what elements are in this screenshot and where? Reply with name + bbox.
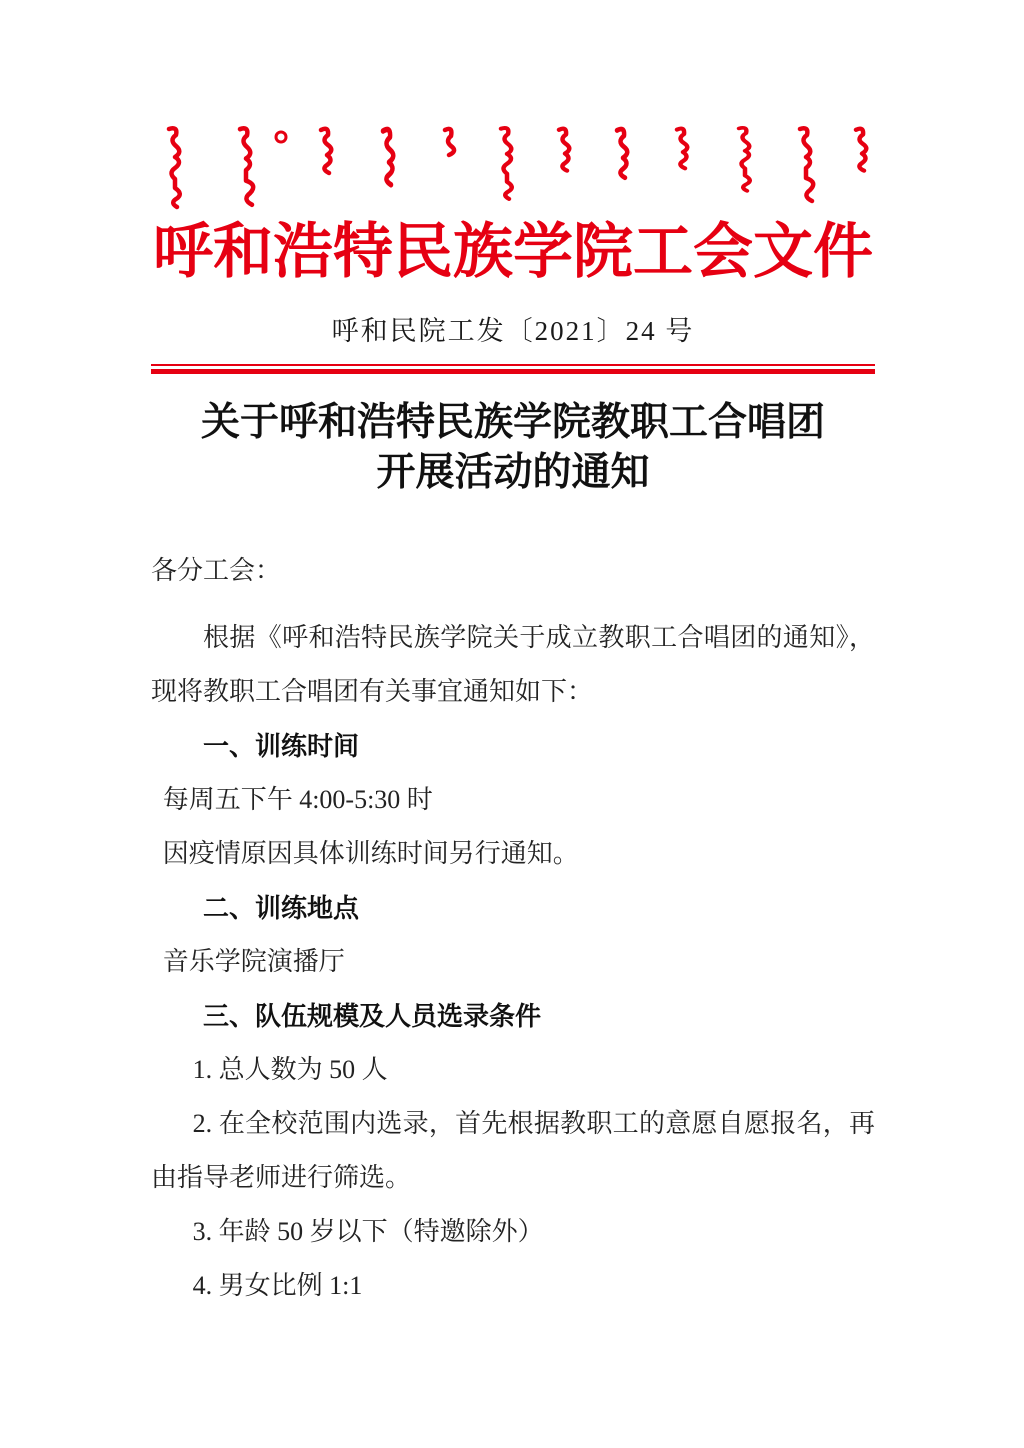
intro-paragraph: 根据《呼和浩特民族学院关于成立教职工合唱团的通知》，现将教职工合唱团有关事宜通知… <box>151 611 875 719</box>
document-body: 各分工会： 根据《呼和浩特民族学院关于成立教职工合唱团的通知》，现将教职工合唱团… <box>151 544 875 1313</box>
section-2-heading: 二、训练地点 <box>151 881 875 935</box>
section-2-paragraph: 音乐学院演播厅 <box>151 935 875 989</box>
section-3-item: 2. 在全校范围内选录，首先根据教职工的意愿自愿报名，再由指导老师进行筛选。 <box>151 1097 875 1205</box>
org-title: 呼和浩特民族学院工会文件 <box>151 218 875 287</box>
section-3-item: 4. 男女比例 1:1 <box>151 1259 875 1313</box>
red-divider-rule <box>151 364 875 374</box>
mongolian-script-graphic <box>151 126 875 210</box>
document-title-line2: 开展活动的通知 <box>376 451 649 494</box>
document-title-line1: 关于呼和浩特民族学院教职工合唱团 <box>201 401 825 444</box>
red-rule-thick-line <box>151 369 875 374</box>
section-3-item: 3. 年龄 50 岁以下（特邀除外） <box>151 1205 875 1259</box>
salutation: 各分工会： <box>151 544 875 598</box>
doc-number: 呼和民院工发〔2021〕24 号 <box>151 309 875 348</box>
section-1-heading: 一、训练时间 <box>151 719 875 773</box>
section-1-paragraph: 每周五下午 4:00-5:30 时 <box>151 773 875 827</box>
section-1-paragraph: 因疫情原因具体训练时间另行通知。 <box>151 827 875 881</box>
section-3-heading: 三、队伍规模及人员选录条件 <box>151 989 875 1043</box>
section-3-item: 1. 总人数为 50 人 <box>151 1043 875 1097</box>
document-title: 关于呼和浩特民族学院教职工合唱团 开展活动的通知 <box>151 398 875 498</box>
document-page: 呼和浩特民族学院工会文件 呼和民院工发〔2021〕24 号 关于呼和浩特民族学院… <box>0 0 1024 1448</box>
mongolian-script-banner <box>151 126 875 210</box>
